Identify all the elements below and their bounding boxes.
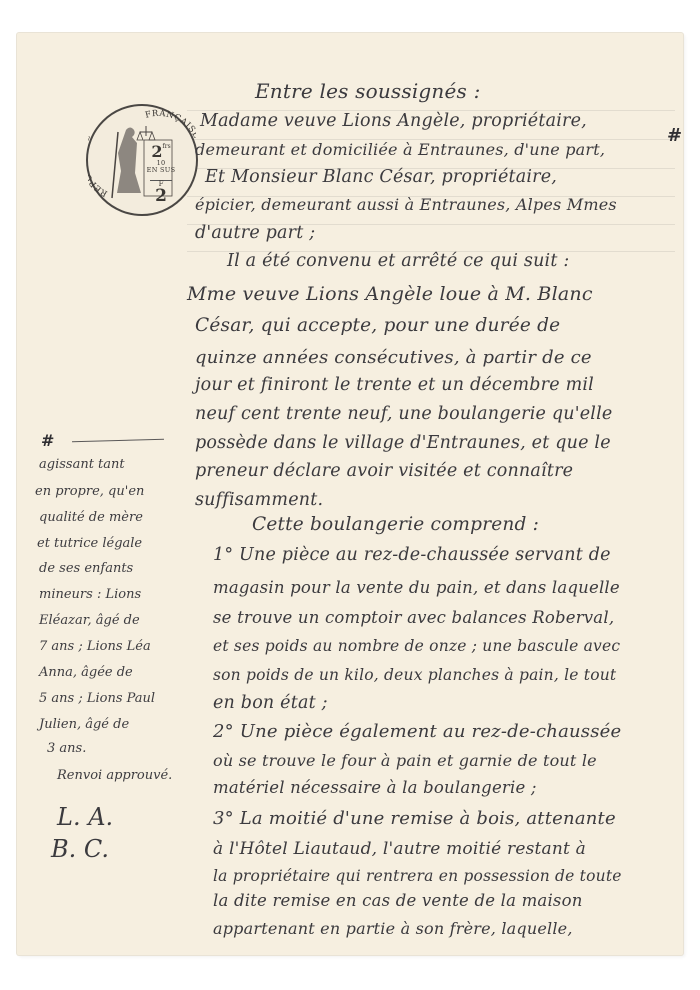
body-line: Cette boulangerie comprend : xyxy=(252,514,539,535)
initials-lessor: L. A. xyxy=(57,803,113,831)
margin-line: 3 ans. xyxy=(47,741,86,756)
margin-line: en propre, qu'en xyxy=(35,484,144,499)
heading: Entre les soussignés : xyxy=(255,79,481,103)
stamp-value: 2frs 10 EN SUS xyxy=(146,144,176,173)
body-line: et ses poids au nombre de onze ; une bas… xyxy=(213,637,620,655)
margin-line: agissant tant xyxy=(39,457,125,472)
marianne-justice-icon: REPUBLIQUE FRANÇAISE xyxy=(88,106,196,214)
margin-line: Anna, âgée de xyxy=(39,665,133,680)
margin-line: mineurs : Lions xyxy=(39,587,141,602)
body-line: magasin pour la vente du pain, et dans l… xyxy=(213,578,620,597)
body-line: Mme veuve Lions Angèle loue à M. Blanc xyxy=(187,283,593,305)
margin-line: Renvoi approuvé. xyxy=(57,768,172,783)
body-line: la propriétaire qui rentrera en possessi… xyxy=(213,867,622,885)
body-line: son poids de un kilo, deux planches à pa… xyxy=(213,666,616,684)
margin-line: 7 ans ; Lions Léa xyxy=(39,639,151,654)
body-line: neuf cent trente neuf, une boulangerie q… xyxy=(195,404,612,424)
body-line: matériel nécessaire à la boulangerie ; xyxy=(213,778,537,797)
svg-text:REPUBLIQUE: REPUBLIQUE xyxy=(88,133,109,198)
body-line: quinze années consécutives, à partir de … xyxy=(195,347,592,368)
margin-divider xyxy=(72,439,164,442)
body-line: appartenant en partie à son frère, laque… xyxy=(213,919,573,938)
margin-line: 5 ans ; Lions Paul xyxy=(39,691,155,706)
body-line: 2° Une pièce également au rez-de-chaussé… xyxy=(213,721,621,742)
body-line: d'autre part ; xyxy=(195,223,315,243)
body-line: 1° Une pièce au rez-de-chaussée servant … xyxy=(213,545,611,565)
margin-line: qualité de mère xyxy=(39,510,143,525)
margin-reference-mark: # xyxy=(41,431,54,450)
body-line: suffisamment. xyxy=(195,490,323,510)
body-line: preneur déclare avoir visitée et connaît… xyxy=(195,461,573,481)
svg-text:FRANÇAISE: FRANÇAISE xyxy=(144,109,196,141)
body-line: Et Monsieur Blanc César, propriétaire, xyxy=(205,167,557,187)
side-reference-mark: # xyxy=(667,125,682,146)
body-line: jour et finiront le trente et un décembr… xyxy=(195,375,594,395)
body-line: la dite remise en cas de vente de la mai… xyxy=(213,891,583,910)
body-line: demeurant et domiciliée à Entraunes, d'u… xyxy=(195,140,605,159)
fiscal-stamp: REPUBLIQUE FRANÇAISE 2frs 10 EN SUS F 2 xyxy=(86,104,198,216)
body-line: Madame veuve Lions Angèle, propriétaire, xyxy=(200,111,587,131)
body-line: César, qui accepte, pour une durée de xyxy=(195,315,560,336)
body-line: 3° La moitié d'une remise à bois, attena… xyxy=(213,808,616,829)
margin-line: Eléazar, âgé de xyxy=(39,613,140,628)
body-line: épicier, demeurant aussi à Entraunes, Al… xyxy=(195,195,617,214)
margin-line: Julien, âgé de xyxy=(39,717,129,732)
body-line: à l'Hôtel Liautaud, l'autre moitié resta… xyxy=(213,839,586,859)
body-line: possède dans le village d'Entraunes, et … xyxy=(195,433,611,453)
initials-lessee: B. C. xyxy=(51,835,109,863)
stamp-denomination: F 2 xyxy=(150,180,172,205)
margin-line: et tutrice légale xyxy=(37,536,142,551)
body-line: Il a été convenu et arrêté ce qui suit : xyxy=(227,251,569,271)
body-line: où se trouve le four à pain et garnie de… xyxy=(213,751,597,770)
document-page: REPUBLIQUE FRANÇAISE 2frs 10 EN SUS F 2 … xyxy=(17,33,683,955)
margin-line: de ses enfants xyxy=(39,561,133,576)
body-line: se trouve un comptoir avec balances Robe… xyxy=(213,608,614,627)
body-line: en bon état ; xyxy=(213,693,328,713)
